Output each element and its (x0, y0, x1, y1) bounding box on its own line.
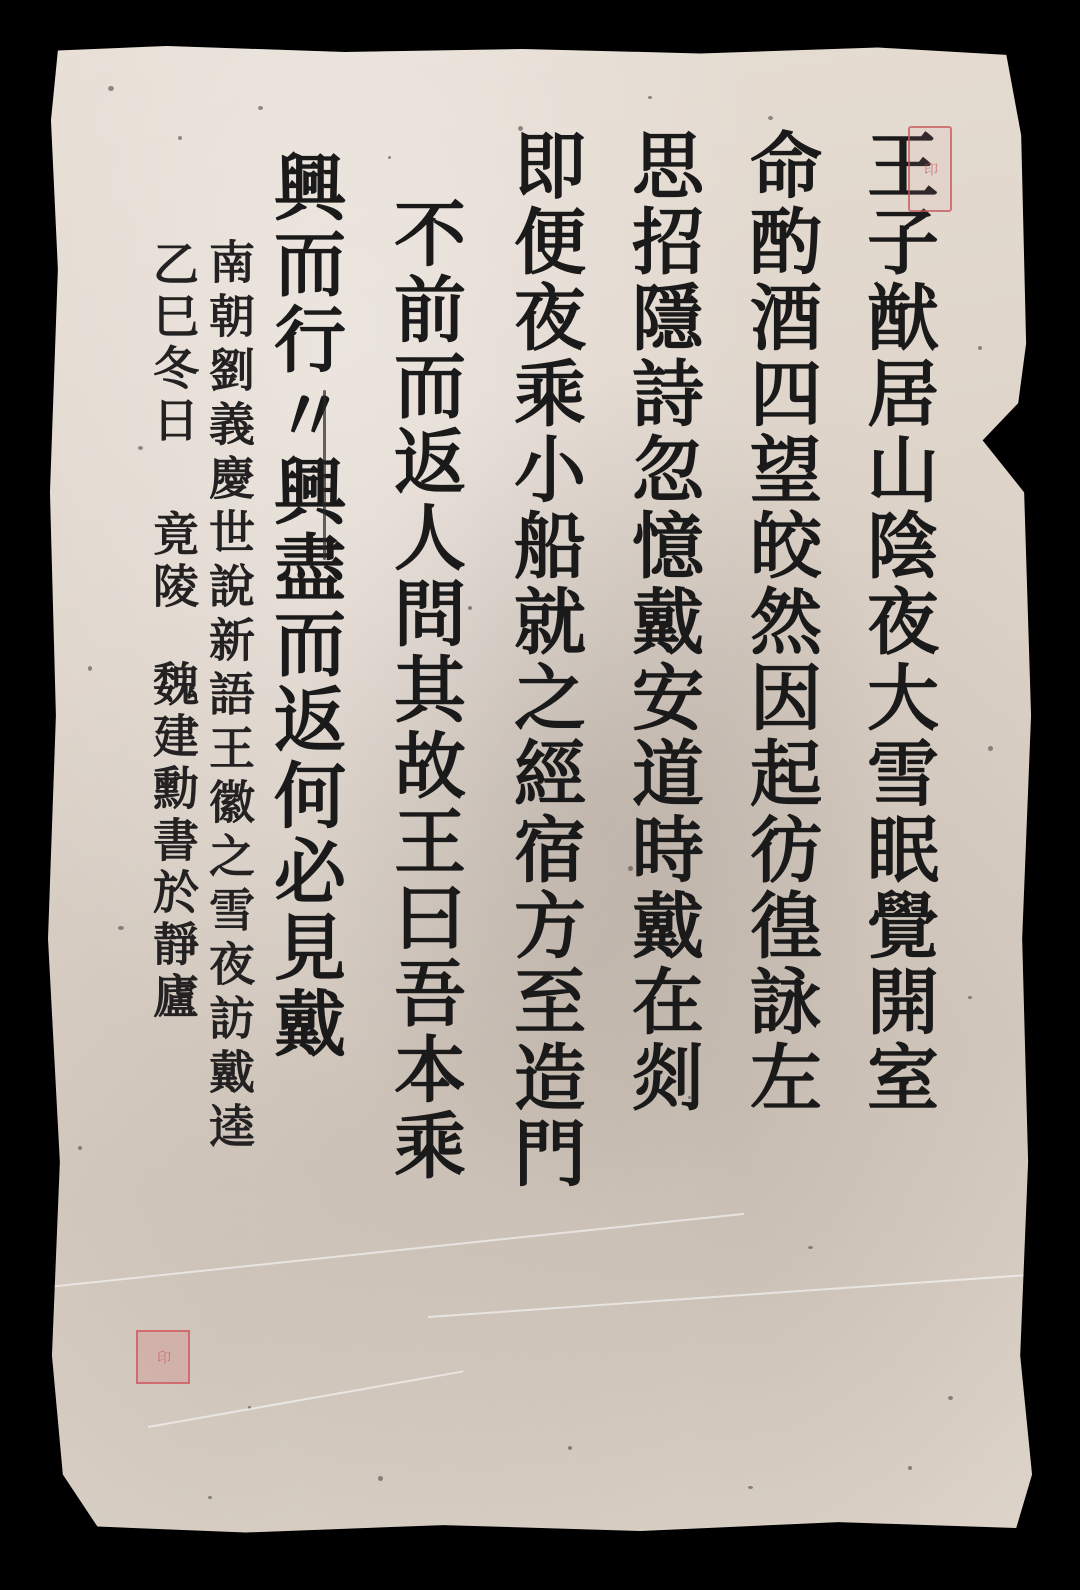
signature-artist: 魏建勳書於靜廬 (140, 660, 206, 1024)
paper-speck (568, 1446, 572, 1450)
paper-speck (118, 926, 124, 930)
paper-speck (988, 746, 993, 751)
signature-place: 竟陵 (140, 510, 206, 614)
paper-speck (908, 1466, 912, 1470)
paper-fold-crease (428, 1274, 1027, 1318)
paper-speck (388, 156, 391, 159)
paper-speck (768, 116, 773, 120)
paper-fold-crease (48, 1213, 744, 1288)
signature-date: 乙巳冬日 (140, 240, 206, 448)
calligraphy-column-5: 不前而返人問其故王曰吾本乘 (372, 196, 476, 1184)
paper-speck (178, 136, 182, 140)
paper-speck (968, 996, 972, 999)
paper-speck (108, 86, 114, 91)
paper-speck (808, 1246, 813, 1249)
paper-speck (978, 346, 982, 350)
paper-speck (88, 666, 92, 671)
paper-speck (748, 1486, 753, 1489)
calligraphy-column-3: 思招隱詩忽憶戴安道時戴在剡 (610, 128, 714, 1116)
paper-speck (78, 1146, 82, 1150)
paper-fold-crease (148, 1370, 463, 1428)
seal-stamp-bottom: 印 (136, 1330, 190, 1384)
paper-speck (948, 1396, 953, 1400)
calligraphy-column-2: 命酌酒四望皎然因起彷徨詠左 (728, 128, 832, 1116)
continuation-stroke (323, 390, 326, 560)
paper-speck (648, 96, 652, 99)
paper-speck (208, 1496, 212, 1499)
calligraphy-column-1: 王子猷居山陰夜大雪眠覺開室 (845, 128, 949, 1116)
seal-stamp-top: 印 (908, 126, 952, 212)
calligraphy-column-4: 即便夜乘小船就之經宿方至造門 (492, 128, 596, 1192)
calligraphy-column-6: 興而行〃興盡而返何必見戴 (252, 150, 356, 1062)
paper-speck (378, 1476, 383, 1481)
paper-speck (258, 106, 263, 110)
